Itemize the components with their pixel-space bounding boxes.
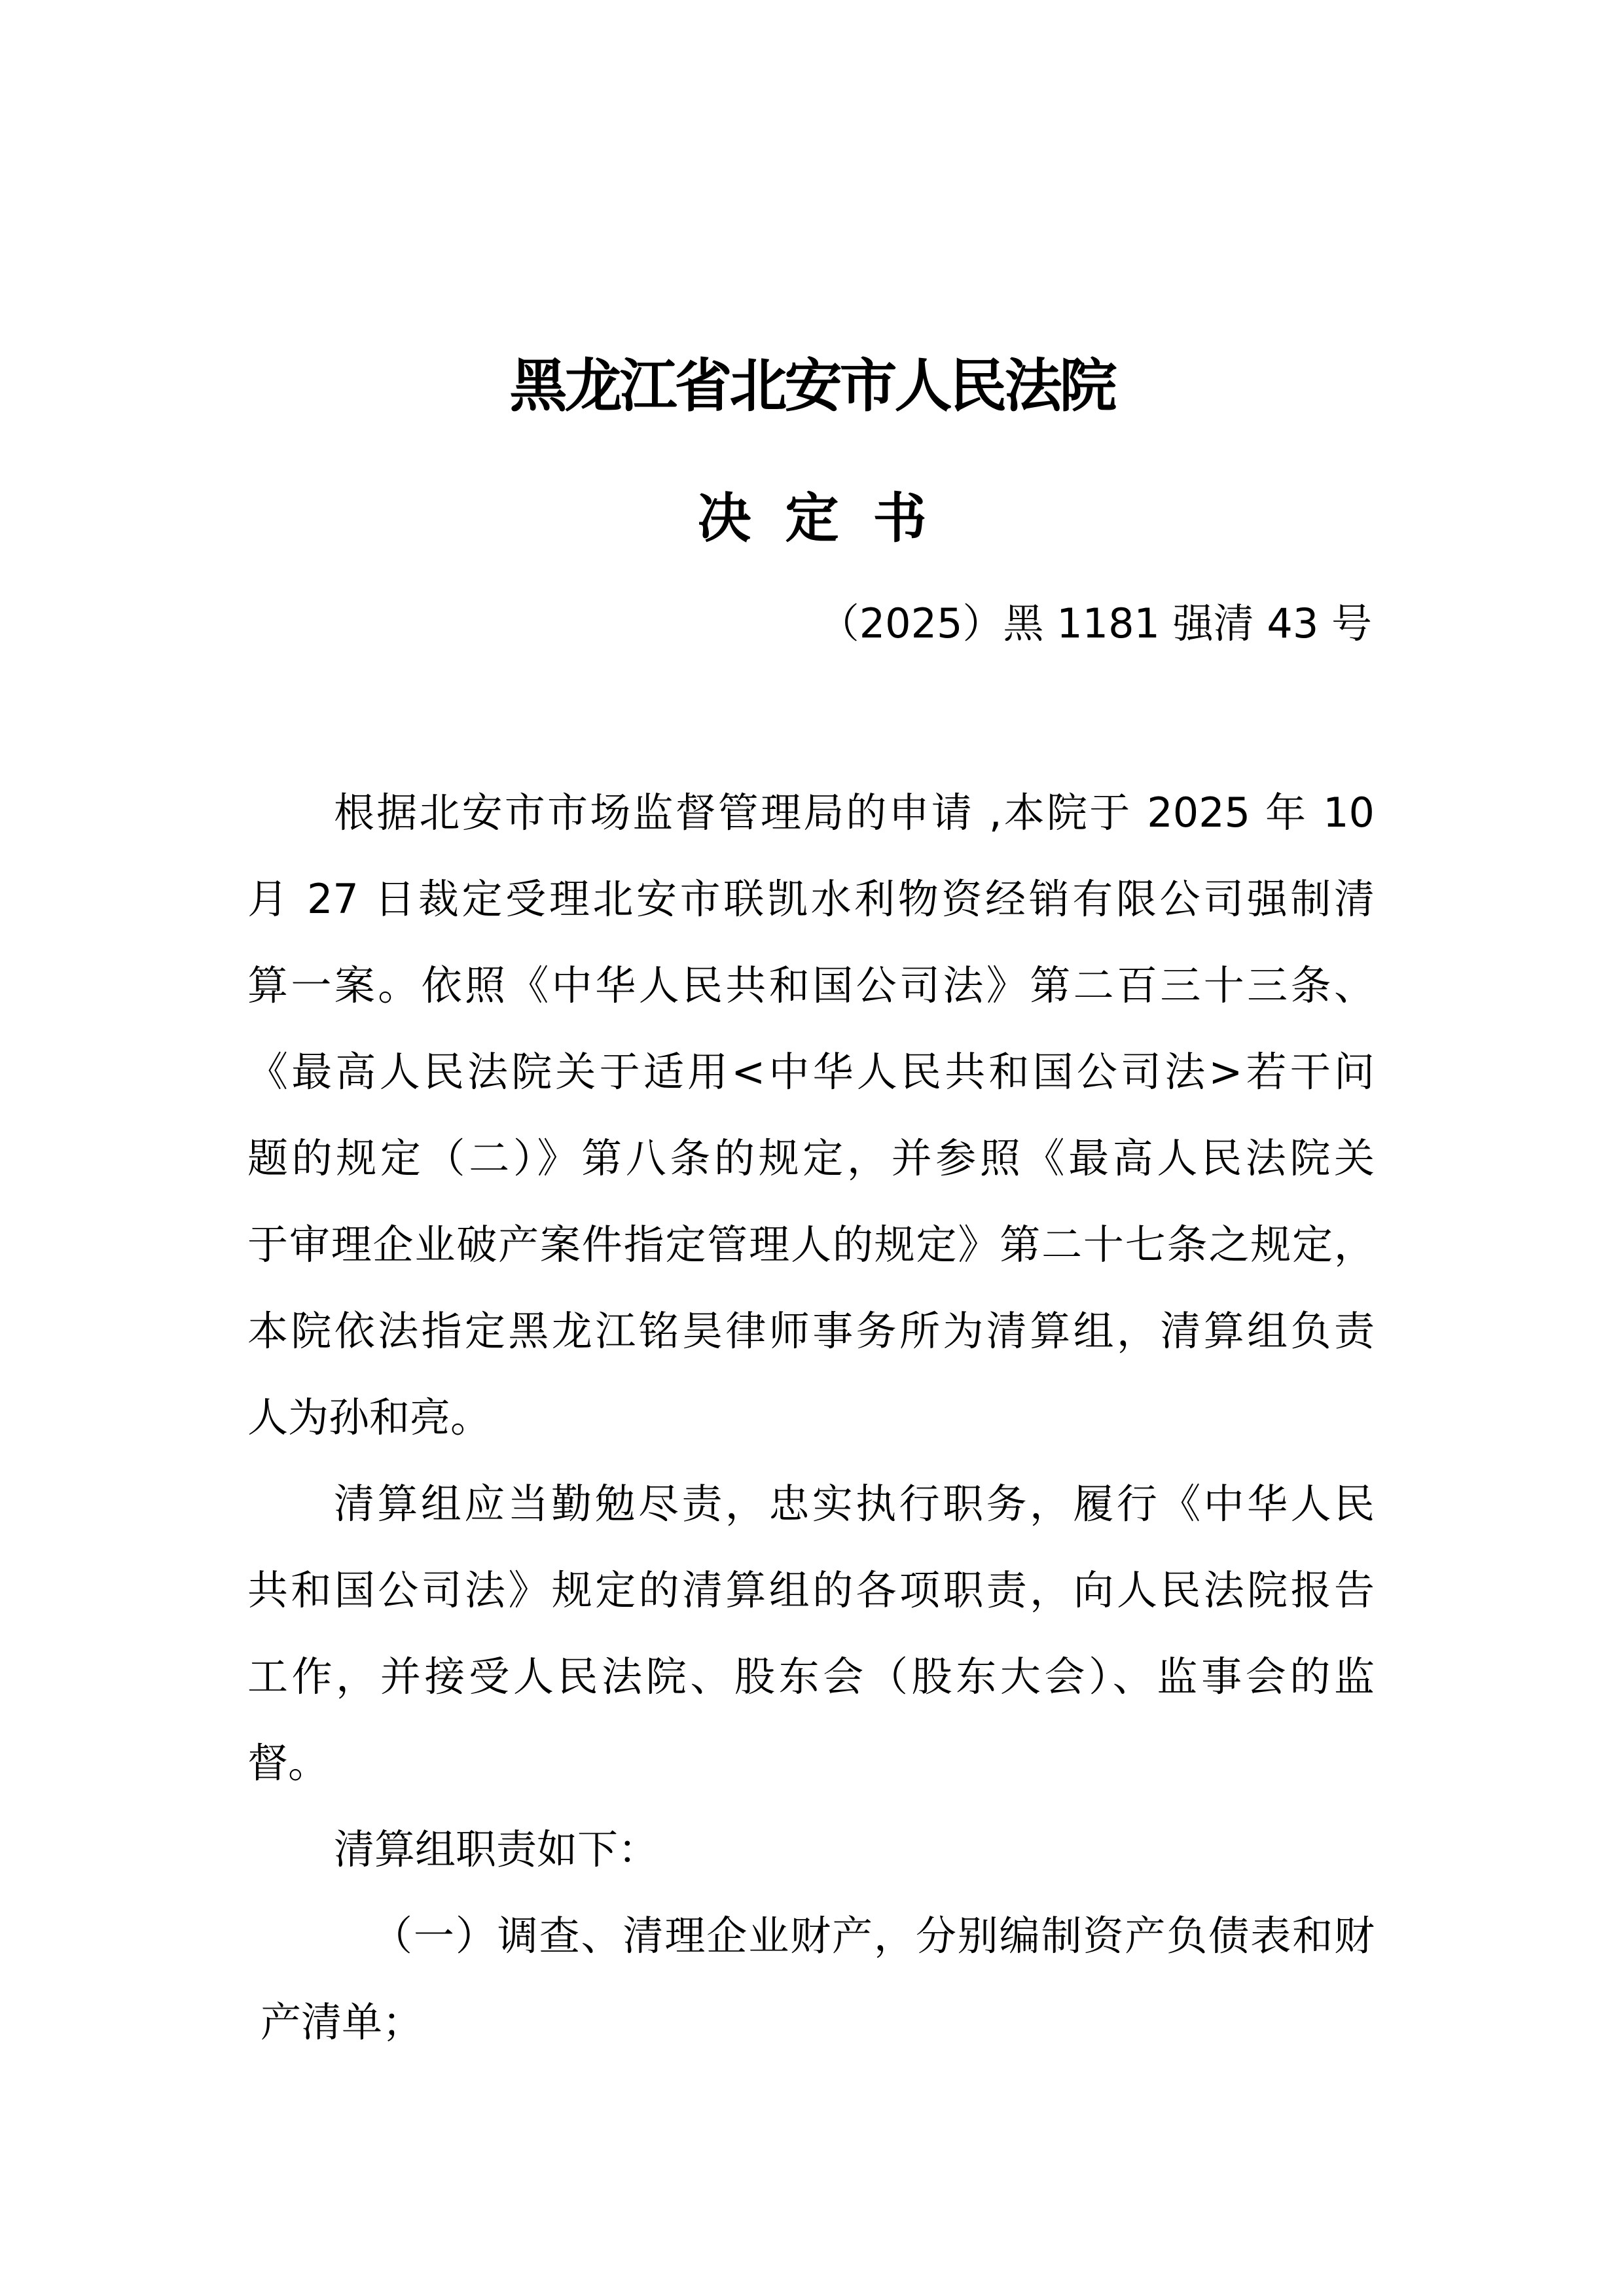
doc-type-char: 定 xyxy=(785,483,839,555)
text-line: （一）调查、清理企业财产，分别编制资产负债表和财 xyxy=(247,1893,1375,1979)
document-body: 根据北安市市场监督管理局的申请 ,本院于 2025 年 10 月 27 日裁定受… xyxy=(247,770,1375,2066)
paragraph-duties-general: 清算组应当勤勉尽责，忠实执行职务，履行《中华人民 共和国公司法》规定的清算组的各… xyxy=(247,1461,1375,1806)
text-line: 清算组应当勤勉尽责，忠实执行职务，履行《中华人民 xyxy=(247,1461,1375,1547)
text-line: 产清单； xyxy=(247,1979,1375,2066)
document-type-heading: 决定书 xyxy=(0,483,1624,555)
paragraph-duty-item-1: （一）调查、清理企业财产，分别编制资产负债表和财 产清单； xyxy=(247,1893,1375,2066)
text-line: 算一案。依照《中华人民共和国公司法》第二百三十三条、 xyxy=(247,942,1375,1029)
doc-type-char: 决 xyxy=(697,483,751,555)
text-line: 共和国公司法》规定的清算组的各项职责，向人民法院报告 xyxy=(247,1547,1375,1634)
text-line: 月 27 日裁定受理北安市联凯水利物资经销有限公司强制清 xyxy=(247,856,1375,942)
case-number: （2025）黑 1181 强清 43 号 xyxy=(819,594,1372,653)
court-name-heading: 黑龙江省北安市人民法院 xyxy=(0,350,1624,422)
doc-type-char: 书 xyxy=(873,483,927,555)
text-line: 人为孙和亮。 xyxy=(247,1374,1375,1461)
text-line: 《最高人民法院关于适用<中华人民共和国公司法>若干问 xyxy=(247,1029,1375,1115)
text-line: 本院依法指定黑龙江铭昊律师事务所为清算组，清算组负责 xyxy=(247,1288,1375,1374)
paragraph-appointment: 根据北安市市场监督管理局的申请 ,本院于 2025 年 10 月 27 日裁定受… xyxy=(247,770,1375,1461)
text-line: 于审理企业破产案件指定管理人的规定》第二十七条之规定， xyxy=(247,1202,1375,1288)
document-page: 黑龙江省北安市人民法院 决定书 （2025）黑 1181 强清 43 号 根据北… xyxy=(0,0,1624,2296)
paragraph-duties-intro: 清算组职责如下： xyxy=(247,1806,1375,1893)
text-line: 督。 xyxy=(247,1720,1375,1806)
text-line: 题的规定（二）》第八条的规定，并参照《最高人民法院关 xyxy=(247,1115,1375,1202)
text-line: 工作，并接受人民法院、股东会（股东大会）、监事会的监 xyxy=(247,1634,1375,1720)
text-line: 根据北安市市场监督管理局的申请 ,本院于 2025 年 10 xyxy=(247,770,1375,856)
text-line: 清算组职责如下： xyxy=(247,1806,1375,1893)
